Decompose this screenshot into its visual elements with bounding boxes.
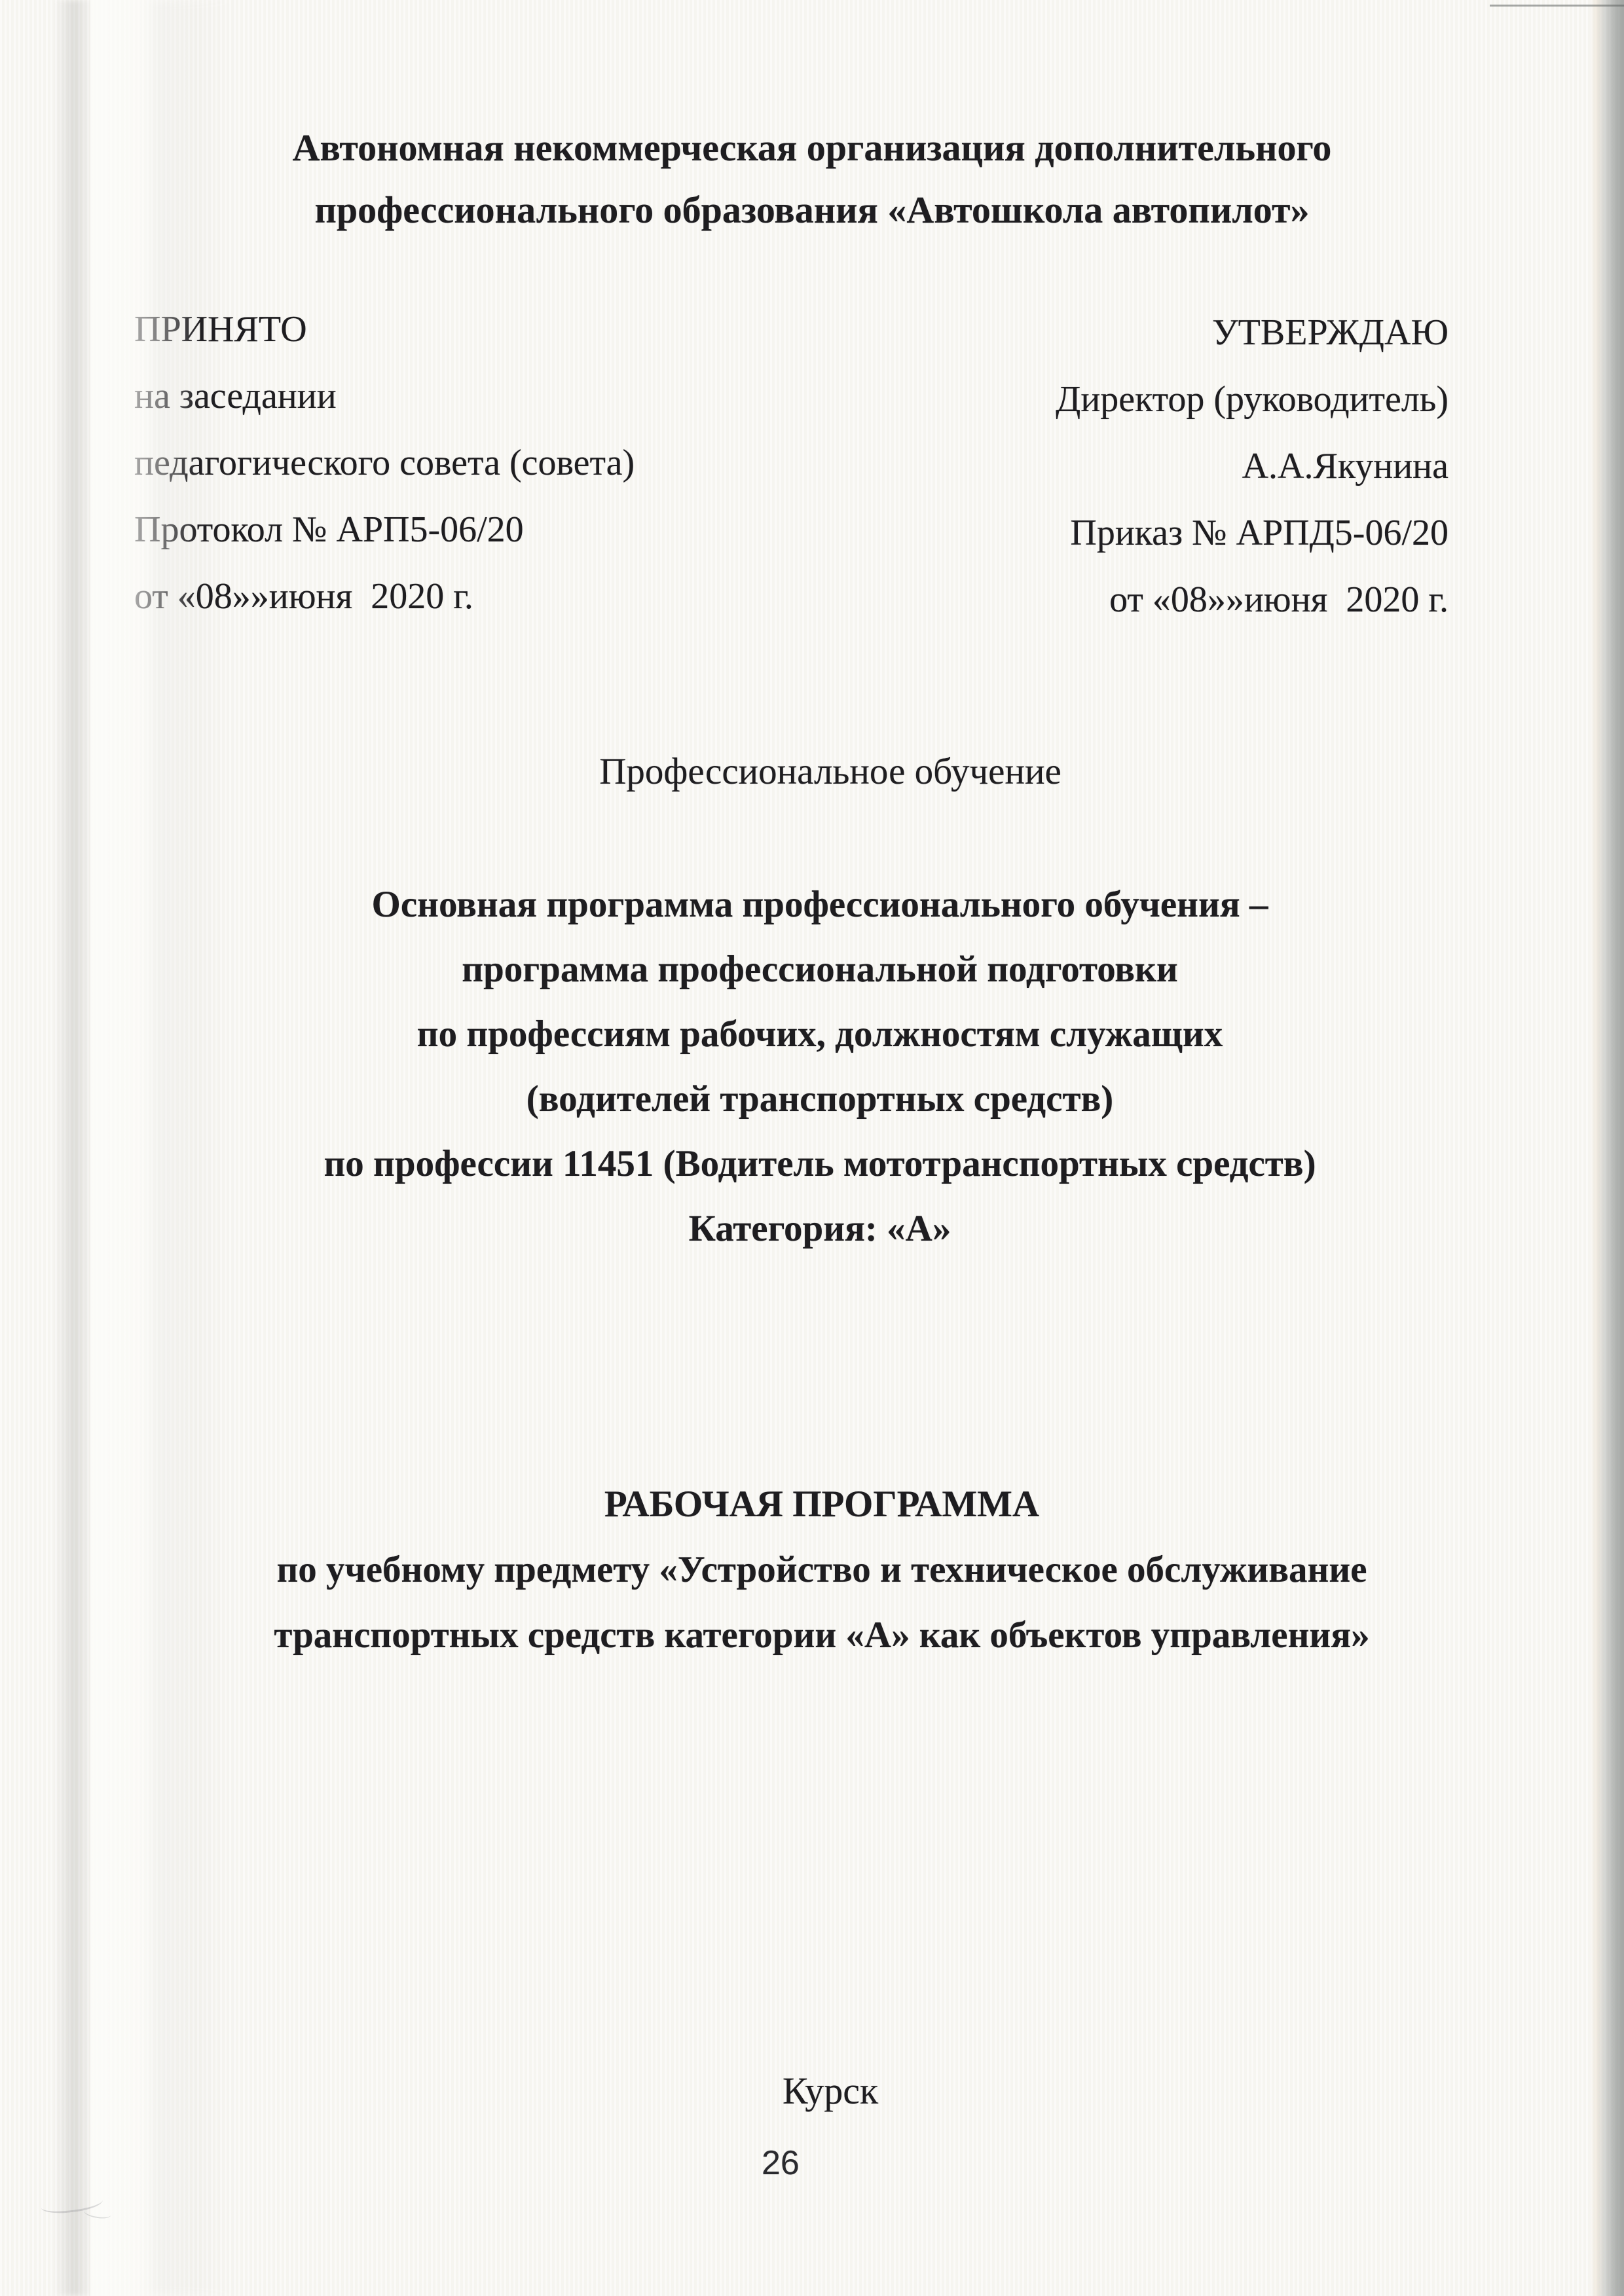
accepted-meeting-line: на заседании — [134, 363, 635, 429]
work-program-subject-line2: транспортных средств категории «А» как о… — [10, 1603, 1624, 1668]
approval-row: ПРИНЯТО на заседании педагогического сов… — [134, 296, 1449, 633]
accepted-council-line: педагогического совета (совета) — [134, 429, 635, 496]
program-title-block: Основная программа профессионального обу… — [8, 872, 1624, 1261]
order-number-line: Приказ № АРПД5-06/20 — [1056, 500, 1449, 566]
top-scan-edge-line — [1490, 5, 1624, 7]
organization-header: Автономная некоммерческая организация до… — [0, 117, 1624, 241]
page-number: 26 — [762, 2143, 800, 2183]
program-title-line3: по профессиям рабочих, должностям служащ… — [8, 1002, 1624, 1066]
category-line: Категория: «А» — [8, 1196, 1624, 1261]
approved-date-line: от «08»»июня 2020 г. — [1056, 566, 1449, 633]
city-label: Курск — [18, 2069, 1624, 2113]
approved-title: УТВЕРЖДАЮ — [1056, 299, 1449, 366]
education-type-label: Профессиональное обучение — [18, 750, 1624, 793]
accepted-block: ПРИНЯТО на заседании педагогического сов… — [134, 296, 635, 633]
program-title-line2: программа профессиональной подготовки — [8, 937, 1624, 1002]
scanned-document-page: Автономная некоммерческая организация до… — [0, 0, 1624, 2296]
accepted-title: ПРИНЯТО — [134, 296, 635, 363]
pencil-smudge-mark — [40, 2191, 104, 2215]
program-title-line4: (водителей транспортных средств) — [8, 1066, 1624, 1131]
accepted-date-line: от «08»»июня 2020 г. — [134, 563, 635, 630]
organization-name-line1: Автономная некоммерческая организация до… — [0, 117, 1624, 179]
work-program-subject-line1: по учебному предмету «Устройство и техни… — [10, 1537, 1624, 1603]
program-title-line1: Основная программа профессионального обу… — [8, 872, 1624, 937]
director-role-line: Директор (руководитель) — [1056, 366, 1449, 433]
work-program-block: РАБОЧАЯ ПРОГРАММА по учебному предмету «… — [10, 1472, 1624, 1668]
approved-block: УТВЕРЖДАЮ Директор (руководитель) А.А.Як… — [1056, 296, 1449, 633]
organization-name-line2: профессионального образования «Автошкола… — [0, 179, 1624, 241]
work-program-title: РАБОЧАЯ ПРОГРАММА — [10, 1472, 1624, 1537]
director-name-line: А.А.Якунина — [1056, 433, 1449, 500]
protocol-number-line: Протокол № АРП5-06/20 — [134, 496, 635, 563]
profession-code-line: по профессии 11451 (Водитель мототранспо… — [8, 1131, 1624, 1196]
pencil-smudge-mark — [83, 2206, 112, 2220]
